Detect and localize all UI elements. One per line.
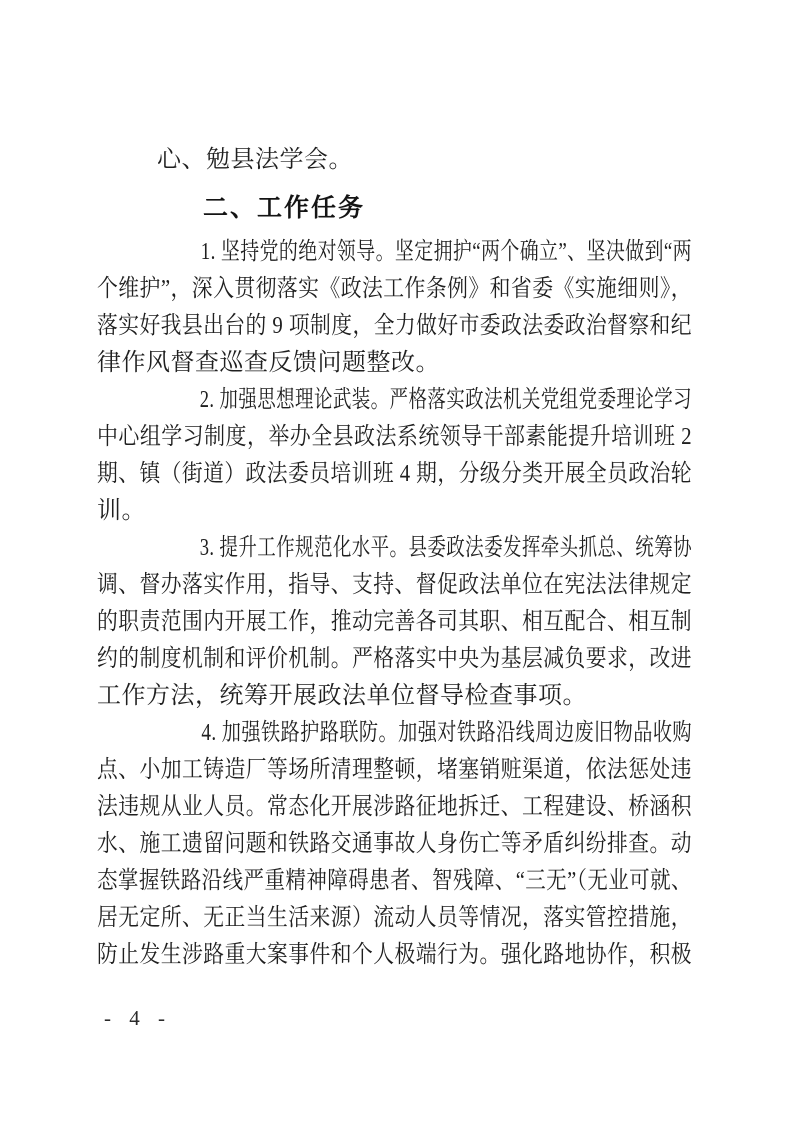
line-text: 落实好我县出台的 9 项制度，全力做好市委政法委政治督察和纪 <box>97 308 692 345</box>
text-line: 1. 坚持党的绝对领导。坚定拥护“两个确立”、坚决做到“两 <box>97 234 692 271</box>
line-text: 防止发生涉路重大案事件和个人极端行为。强化路地协作，积极 <box>97 937 692 974</box>
text-line: 法违规从业人员。常态化开展涉路征地拆迁、工程建设、桥涵积 <box>97 789 692 826</box>
section-heading: 二、工作任务 <box>97 190 692 227</box>
text-line: 个维护”，深入贯彻落实《政法工作条例》和省委《实施细则》， <box>97 271 692 308</box>
line-text: 个维护”，深入贯彻落实《政法工作条例》和省委《实施细则》， <box>97 271 692 308</box>
text-line: 居无定所、无正当生活来源）流动人员等情况，落实管控措施， <box>97 900 692 937</box>
page-number: - 4 - <box>104 1004 168 1032</box>
text-line: 训。 <box>97 493 692 530</box>
text-line: 落实好我县出台的 9 项制度，全力做好市委政法委政治督察和纪 <box>97 308 692 345</box>
line-text: 4. 加强铁路护路联防。加强对铁路沿线周边废旧物品收购 <box>155 715 692 752</box>
text-line: 期、镇（街道）政法委员培训班 4 期，分级分类开展全员政治轮 <box>97 456 692 493</box>
line-text: 水、施工遗留问题和铁路交通事故人身伤亡等矛盾纠纷排查。动 <box>97 826 692 863</box>
line-text: 3. 提升工作规范化水平。县委政法委发挥牵头抓总、统筹协 <box>155 530 692 567</box>
line-text: 居无定所、无正当生活来源）流动人员等情况，落实管控措施， <box>97 900 692 937</box>
line-text: 2. 加强思想理论武装。严格落实政法机关党组党委理论学习 <box>155 382 692 419</box>
text-line: 中心组学习制度，举办全县政法系统领导干部素能提升培训班 2 <box>97 419 692 456</box>
text-line: 心、勉县法学会。 <box>97 142 692 179</box>
text-block: 心、勉县法学会。 二、工作任务 1. 坚持党的绝对领导。坚定拥护“两个确立”、坚… <box>97 142 692 974</box>
text-line: 防止发生涉路重大案事件和个人极端行为。强化路地协作，积极 <box>97 937 692 974</box>
line-text: 心、勉县法学会。 <box>127 142 353 179</box>
text-line: 3. 提升工作规范化水平。县委政法委发挥牵头抓总、统筹协 <box>97 530 692 567</box>
line-text: 点、小加工铸造厂等场所清理整顿，堵塞销赃渠道，依法惩处违 <box>97 752 692 789</box>
text-line: 2. 加强思想理论武装。严格落实政法机关党组党委理论学习 <box>97 382 692 419</box>
line-text: 的职责范围内开展工作，推动完善各司其职、相互配合、相互制 <box>97 604 692 641</box>
line-text: 法违规从业人员。常态化开展涉路征地拆迁、工程建设、桥涵积 <box>97 789 692 826</box>
line-text: 工作方法，统筹开展政法单位督导检查事项。 <box>97 678 587 715</box>
text-line: 的职责范围内开展工作，推动完善各司其职、相互配合、相互制 <box>97 604 692 641</box>
line-text: 中心组学习制度，举办全县政法系统领导干部素能提升培训班 2 <box>97 419 692 456</box>
page-number-text: - 4 - <box>104 1006 168 1030</box>
line-text: 1. 坚持党的绝对领导。坚定拥护“两个确立”、坚决做到“两 <box>155 234 692 271</box>
line-text: 训。 <box>97 493 146 530</box>
document-page: 心、勉县法学会。 二、工作任务 1. 坚持党的绝对领导。坚定拥护“两个确立”、坚… <box>0 0 793 1122</box>
text-line: 律作风督查巡查反馈问题整改。 <box>97 345 692 382</box>
text-line: 调、督办落实作用，指导、支持、督促政法单位在宪法法律规定 <box>97 567 692 604</box>
line-text: 态掌握铁路沿线严重精神障碍患者、智残障、“三无”（无业可就、 <box>97 863 692 900</box>
line-text: 约的制度机制和评价机制。严格落实中央为基层减负要求，改进 <box>97 641 692 678</box>
text-line: 点、小加工铸造厂等场所清理整顿，堵塞销赃渠道，依法惩处违 <box>97 752 692 789</box>
text-line: 态掌握铁路沿线严重精神障碍患者、智残障、“三无”（无业可就、 <box>97 863 692 900</box>
text-line: 4. 加强铁路护路联防。加强对铁路沿线周边废旧物品收购 <box>97 715 692 752</box>
text-line: 工作方法，统筹开展政法单位督导检查事项。 <box>97 678 692 715</box>
text-line: 水、施工遗留问题和铁路交通事故人身伤亡等矛盾纠纷排查。动 <box>97 826 692 863</box>
heading-text: 二、工作任务 <box>150 190 365 227</box>
line-text: 律作风督查巡查反馈问题整改。 <box>97 345 440 382</box>
line-text: 期、镇（街道）政法委员培训班 4 期，分级分类开展全员政治轮 <box>97 456 692 493</box>
text-line: 约的制度机制和评价机制。严格落实中央为基层减负要求，改进 <box>97 641 692 678</box>
line-text: 调、督办落实作用，指导、支持、督促政法单位在宪法法律规定 <box>97 567 692 604</box>
